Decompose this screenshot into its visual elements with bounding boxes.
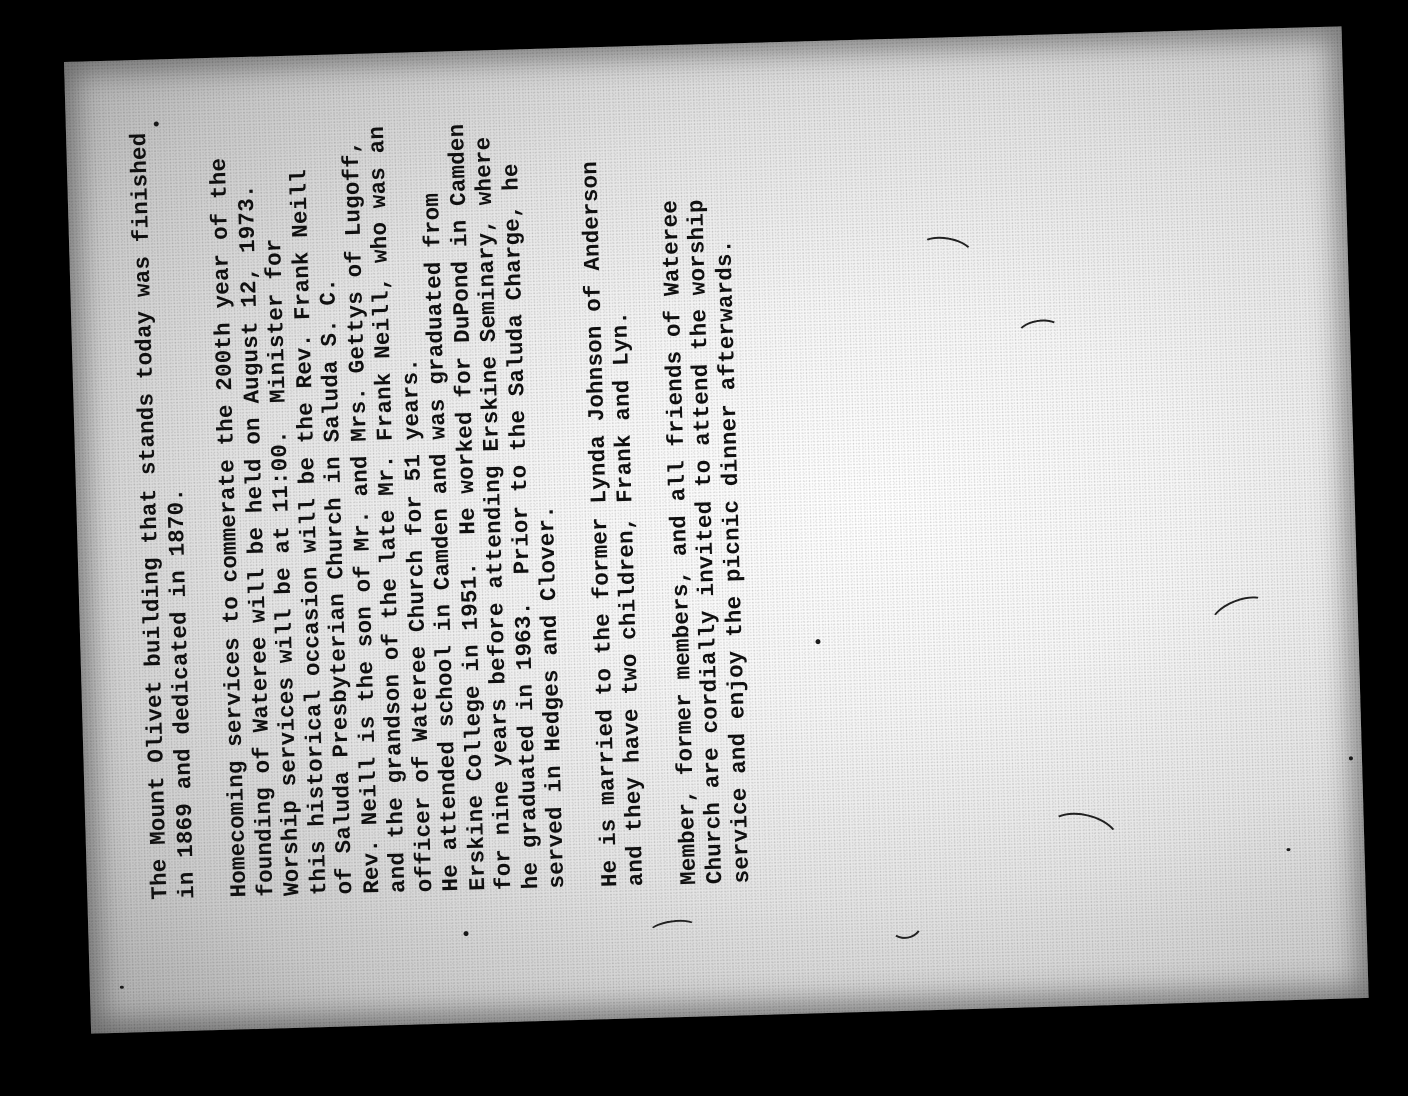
dust-speck (463, 931, 468, 936)
hair-artifact (1015, 316, 1062, 347)
paragraph-family: He is married to the former Lynda Johnso… (575, 106, 650, 887)
scan-background: The Mount Olivet building that stands to… (0, 0, 1408, 1096)
paragraph-homecoming: Homecoming services to commerate the 200… (205, 108, 571, 897)
hair-artifact (918, 233, 976, 268)
dust-speck (1349, 756, 1353, 760)
dust-speck (154, 121, 159, 126)
dust-speck (1286, 848, 1290, 851)
dust-speck (815, 639, 820, 644)
paragraph-invitation: Member, former members, and all friends … (654, 103, 755, 885)
hair-artifact (1207, 590, 1272, 638)
scanned-page: The Mount Olivet building that stands to… (64, 26, 1369, 1033)
hair-artifact (647, 917, 698, 941)
paragraph-building-history: The Mount Olivet building that stands to… (126, 119, 201, 900)
hair-artifact (1042, 806, 1124, 866)
dust-speck (120, 986, 124, 989)
hair-artifact (886, 906, 925, 942)
typewritten-text-block: The Mount Olivet building that stands to… (126, 103, 782, 900)
